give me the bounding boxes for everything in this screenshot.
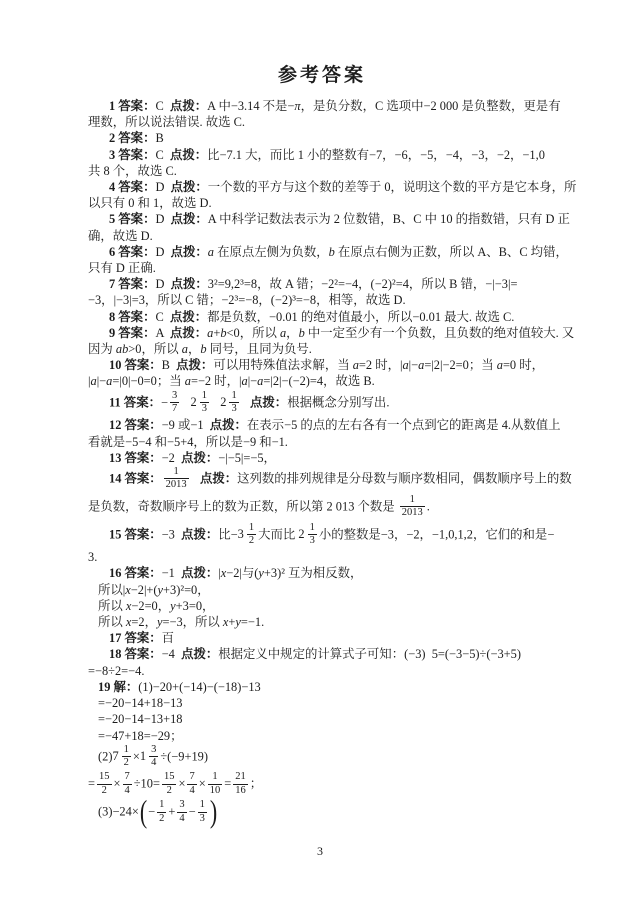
answer-line: 理数，所以说法错误. 故选 C. bbox=[88, 114, 556, 130]
label-bold: 点拨： bbox=[170, 99, 207, 113]
answer-line: 13 答案：−2 点拨：−|−5|=−5， bbox=[88, 450, 556, 466]
text-run: =−8÷2=−4. bbox=[88, 664, 144, 678]
text-run: −2|与( bbox=[226, 566, 258, 580]
fraction: 74 bbox=[187, 771, 196, 797]
fraction: 13 bbox=[198, 799, 207, 825]
text-run: 比− bbox=[218, 527, 237, 541]
label-bold: 12 答案： bbox=[109, 418, 162, 432]
answer-line: 共 8 个，故选 C. bbox=[88, 163, 556, 179]
text-run: −2 bbox=[162, 451, 181, 465]
text-run: =|2|−(−2)=4，故选 B. bbox=[263, 374, 374, 388]
text-run: (2) bbox=[98, 749, 112, 763]
text-run: × bbox=[114, 777, 121, 791]
label-bold: 3 答案： bbox=[109, 148, 155, 162]
answer-line: 以只有 0 和 1，故选 D. bbox=[88, 195, 556, 211]
answer-line: =−20−14+18−13 bbox=[88, 695, 556, 711]
document-page: 参考答案 1 答案：C 点拨：A 中−3.14 不是−π，是负分数，C 选项中−… bbox=[0, 0, 640, 905]
text-run: 在原点右侧为正数，所以 A、B、C 均错， bbox=[335, 245, 568, 259]
answer-line: 2 答案：B bbox=[88, 130, 556, 146]
answer-line: 是负数，奇数顺序号上的数为正数，所以第 2 013 个数是 12013. bbox=[88, 494, 556, 522]
answer-line: =−20−14−13+18 bbox=[88, 711, 556, 727]
answer-line: 7 答案：D 点拨：3²=9,2³=8，故 A 错；−2²=−4，(−2)²=4… bbox=[88, 276, 556, 292]
text-run: >0，所以 bbox=[128, 342, 181, 356]
label-bold: 11 答案： bbox=[109, 395, 161, 409]
answer-line: 9 答案：A 点拨：a+b<0，所以 a，b 中一定至少有一个负数，且负数的绝对… bbox=[88, 325, 556, 341]
text-run: . bbox=[427, 499, 430, 513]
text-run: + bbox=[168, 805, 175, 819]
mixed-number-whole: 1 bbox=[140, 749, 146, 763]
text-run bbox=[241, 395, 250, 409]
answer-line: 3 答案：C 点拨：比−7.1 大，而比 1 小的整数有−7，−6，−5，−4，… bbox=[88, 147, 556, 163]
text-run: D bbox=[155, 277, 170, 291]
text-run: =|0|−0=0；当 bbox=[112, 374, 184, 388]
answer-line: 10 答案：B 点拨：可以用特殊值法求解，当 a=2 时，|a|−a=|2|−2… bbox=[88, 357, 556, 373]
text-run: B bbox=[162, 358, 176, 372]
text-run: 可以用特殊值法求解，当 bbox=[213, 358, 352, 372]
text-run: = bbox=[224, 777, 231, 791]
label-bold: 15 答案： bbox=[109, 527, 162, 541]
big-paren: ( bbox=[140, 798, 147, 827]
fraction: 2116 bbox=[233, 771, 248, 797]
label-bold: 8 答案： bbox=[109, 310, 155, 324]
text-run: =−2 时，| bbox=[191, 374, 242, 388]
page-title: 参考答案 bbox=[88, 60, 556, 87]
label-bold: 7 答案： bbox=[109, 277, 155, 291]
answer-line: −3，|−3|=3，所以 C 错；−2³=−8，(−2)³=−8，相等，故选 D… bbox=[88, 292, 556, 308]
answer-line: 4 答案：D 点拨：一个数的平方与这个数的差等于 0，说明这个数的平方是它本身，… bbox=[88, 179, 556, 195]
text-run: ÷(−9+19) bbox=[160, 749, 208, 763]
label-bold: 点拨： bbox=[181, 451, 218, 465]
mixed-number-whole: 7 bbox=[112, 749, 118, 763]
text-run: ab bbox=[116, 342, 128, 356]
text-run: × bbox=[133, 749, 140, 763]
fraction: 12013 bbox=[400, 494, 425, 520]
text-run: |− bbox=[409, 358, 418, 372]
answer-line: 19 解：(1)−20+(−14)−(−18)−13 bbox=[88, 679, 556, 695]
text-run: 所以 bbox=[98, 599, 126, 613]
text-run: 所以 bbox=[98, 615, 126, 629]
text-run: =−1. bbox=[241, 615, 264, 629]
answer-line: 所以 x=2，y=−3，所以 x+y=−1. bbox=[88, 614, 556, 630]
text-run: −2|+( bbox=[131, 583, 158, 597]
fraction: 152 bbox=[162, 771, 177, 797]
text-run: C bbox=[155, 99, 169, 113]
text-run: |− bbox=[97, 374, 106, 388]
text-run: 这列数的排列规律是分母数与顺序数相同，偶数顺序号上的数 bbox=[237, 472, 572, 486]
text-run: 理数，所以说法错误. 故选 C. bbox=[88, 115, 245, 129]
text-run: B bbox=[155, 131, 163, 145]
text-run: D bbox=[155, 180, 170, 194]
answer-line: 所以|x−2|+(y+3)²=0， bbox=[88, 582, 556, 598]
answer-line: 18 答案：−4 点拨：根据定义中规定的计算式子可知：(−3) 5=(−3−5)… bbox=[88, 646, 556, 662]
label-bold: 点拨： bbox=[176, 358, 213, 372]
text-run: <0，所以 bbox=[227, 326, 280, 340]
label-bold: 点拨： bbox=[170, 148, 207, 162]
answer-line: =−8÷2=−4. bbox=[88, 663, 556, 679]
text-run: |− bbox=[248, 374, 257, 388]
answer-line: 看就是−5−4 和−5+4，所以是−9 和−1. bbox=[88, 434, 556, 450]
label-bold: 4 答案： bbox=[109, 180, 155, 194]
label-bold: 17 答案： bbox=[109, 631, 162, 645]
text-run bbox=[211, 395, 220, 409]
text-run: D bbox=[155, 245, 170, 259]
fraction: 13 bbox=[229, 390, 238, 416]
text-run: +3)² 互为相反数， bbox=[264, 566, 362, 580]
label-bold: 点拨： bbox=[171, 212, 208, 226]
answer-line: 14 答案：12013 点拨：这列数的排列规律是分母数与顺序数相同，偶数顺序号上… bbox=[88, 466, 556, 494]
text-run: (3)−24× bbox=[98, 805, 139, 819]
text-run: 百 bbox=[162, 631, 174, 645]
text-run: 是负数，奇数顺序号上的数为正数，所以第 2 013 个数是 bbox=[88, 499, 398, 513]
answer-line: |a|−a=|0|−0=0；当 a=−2 时，|a|−a=|2|−(−2)=4，… bbox=[88, 373, 556, 389]
answer-line: =152×74÷10=152×74×110=2116； bbox=[88, 771, 556, 799]
text-run: ÷10= bbox=[134, 777, 160, 791]
answer-line: 17 答案：百 bbox=[88, 630, 556, 646]
fraction: 12 bbox=[122, 744, 131, 770]
fraction: 13 bbox=[308, 522, 317, 548]
answer-line: =−47+18=−29； bbox=[88, 728, 556, 744]
label-bold: 13 答案： bbox=[109, 451, 162, 465]
answer-line: 所以 x−2=0，y+3=0， bbox=[88, 598, 556, 614]
text-run: 3. bbox=[88, 550, 97, 564]
label-bold: 点拨： bbox=[171, 180, 208, 194]
answer-line: (3)−24×(−12+34−13) bbox=[88, 799, 556, 827]
text-run bbox=[191, 472, 200, 486]
text-run: A bbox=[155, 326, 169, 340]
fraction: 12013 bbox=[164, 466, 189, 492]
text-run: −2=0， bbox=[131, 599, 170, 613]
text-run: 所以| bbox=[98, 583, 125, 597]
text-run: − bbox=[161, 395, 168, 409]
text-run: − bbox=[148, 805, 155, 819]
label-bold: 点拨： bbox=[171, 277, 208, 291]
text-run: = bbox=[88, 777, 95, 791]
answer-line: 3. bbox=[88, 549, 556, 565]
text-run: A 中−3.14 不是− bbox=[207, 99, 294, 113]
answer-line: 5 答案：D 点拨：A 中科学记数法表示为 2 位数错，B、C 中 10 的指数… bbox=[88, 211, 556, 227]
text-run: =−47+18=−29； bbox=[98, 729, 183, 743]
answer-line: 8 答案：C 点拨：都是负数，−0.01 的绝对值最小，所以−0.01 最大. … bbox=[88, 309, 556, 325]
label-bold: 14 答案： bbox=[109, 472, 162, 486]
text-run: =−20−14−13+18 bbox=[98, 712, 183, 726]
label-bold: 点拨： bbox=[210, 418, 247, 432]
label-bold: 1 答案： bbox=[109, 99, 155, 113]
text-run: 因为 bbox=[88, 342, 116, 356]
text-run: =|2|−2=0；当 bbox=[424, 358, 496, 372]
label-bold: 点拨： bbox=[170, 326, 207, 340]
fraction: 37 bbox=[170, 390, 179, 416]
text-run: =2 时，| bbox=[359, 358, 403, 372]
text-run: =−3，所以 bbox=[162, 615, 222, 629]
text-run: =0 时， bbox=[503, 358, 544, 372]
text-run: (1)−20+(−14)−(−18)−13 bbox=[138, 680, 260, 694]
text-run: 看就是−5−4 和−5+4，所以是−9 和−1. bbox=[88, 435, 288, 449]
answer-line: 6 答案：D 点拨：a 在原点左侧为负数，b 在原点右侧为正数，所以 A、B、C… bbox=[88, 244, 556, 260]
text-run: ，是负分数，C 选项中−2 000 是负整数，更是有 bbox=[301, 99, 561, 113]
text-run: −9 或−1 bbox=[162, 418, 210, 432]
label-bold: 16 答案： bbox=[109, 566, 162, 580]
text-run: 在表示−5 的点的左右各有一个点到它的距离是 4.从数值上 bbox=[247, 418, 561, 432]
answer-line: 11 答案：−37 213 213 点拨：根据概念分别写出. bbox=[88, 390, 556, 418]
text-run: 共 8 个，故选 C. bbox=[88, 164, 177, 178]
text-run: D bbox=[155, 212, 170, 226]
answer-line: 1 答案：C 点拨：A 中−3.14 不是−π，是负分数，C 选项中−2 000… bbox=[88, 98, 556, 114]
text-run: −3 bbox=[162, 527, 181, 541]
label-bold: 9 答案： bbox=[109, 326, 155, 340]
text-run: 3²=9,2³=8，故 A 错；−2²=−4，(−2)²=4，所以 B 错，−|… bbox=[208, 277, 518, 291]
text-run: 都是负数，−0.01 的绝对值最小，所以−0.01 最大. 故选 C. bbox=[207, 310, 514, 324]
mixed-number-whole: 2 bbox=[220, 395, 226, 409]
mixed-number-whole: 3 bbox=[238, 527, 244, 541]
fraction: 12 bbox=[247, 522, 256, 548]
text-run: × bbox=[199, 777, 206, 791]
answer-line: (2)712×134÷(−9+19) bbox=[88, 744, 556, 772]
label-bold: 点拨： bbox=[250, 395, 287, 409]
text-run: − bbox=[189, 805, 196, 819]
text-run: 中一定至少有一个负数，且负数的绝对值较大. 又 bbox=[305, 326, 575, 340]
answers: 1 答案：C 点拨：A 中−3.14 不是−π，是负分数，C 选项中−2 000… bbox=[88, 98, 556, 827]
label-bold: 6 答案： bbox=[109, 245, 155, 259]
text-run: 一个数的平方与这个数的差等于 0，说明这个数的平方是它本身，所 bbox=[208, 180, 577, 194]
fraction: 13 bbox=[200, 390, 209, 416]
text-run: −|−5|=−5， bbox=[218, 451, 276, 465]
label-bold: 点拨： bbox=[181, 566, 218, 580]
answer-line: 15 答案：−3 点拨：比−312大而比 213小的整数是−3，−2，−1,0,… bbox=[88, 522, 556, 550]
text-run: 只有 D 正确. bbox=[88, 261, 156, 275]
fraction: 12 bbox=[157, 799, 166, 825]
answer-line: 12 答案：−9 或−1 点拨：在表示−5 的点的左右各有一个点到它的距离是 4… bbox=[88, 417, 556, 433]
fraction: 34 bbox=[149, 744, 158, 770]
text-run: 小的整数是−3，−2，−1,0,1,2，它们的和是− bbox=[319, 527, 555, 541]
mixed-number-whole: 2 bbox=[298, 527, 304, 541]
text-run: 根据概念分别写出. bbox=[287, 395, 389, 409]
text-run bbox=[181, 395, 190, 409]
answer-line: 因为 ab>0，所以 a，b 同号，且同为负号. bbox=[88, 341, 556, 357]
text-run: 确，故选 D. bbox=[88, 229, 153, 243]
label-bold: 点拨： bbox=[181, 527, 218, 541]
text-run: ， bbox=[188, 342, 200, 356]
text-run: =−20−14+18−13 bbox=[98, 696, 183, 710]
text-run: ， bbox=[286, 326, 298, 340]
answer-line: 16 答案：−1 点拨：|x−2|与(y+3)² 互为相反数， bbox=[88, 565, 556, 581]
mixed-number-whole: 2 bbox=[191, 395, 197, 409]
big-paren: ) bbox=[210, 798, 217, 827]
text-run: C bbox=[155, 310, 169, 324]
answer-line: 只有 D 正确. bbox=[88, 260, 556, 276]
text-run: A 中科学记数法表示为 2 位数错，B、C 中 10 的指数错，只有 D 正 bbox=[208, 212, 570, 226]
text-run: +3=0， bbox=[176, 599, 215, 613]
text-run: 根据定义中规定的计算式子可知：(−3) 5=(−3−5)÷(−3+5) bbox=[218, 647, 521, 661]
text-run: −4 bbox=[162, 647, 181, 661]
label-bold: 10 答案： bbox=[109, 358, 162, 372]
label-bold: 点拨： bbox=[170, 310, 207, 324]
answer-content: 参考答案 1 答案：C 点拨：A 中−3.14 不是−π，是负分数，C 选项中−… bbox=[0, 0, 640, 827]
answer-line: 确，故选 D. bbox=[88, 228, 556, 244]
text-run: C bbox=[155, 148, 169, 162]
text-run: × bbox=[178, 777, 185, 791]
text-run: ； bbox=[250, 777, 262, 791]
text-run: 大而比 bbox=[258, 527, 298, 541]
label-bold: 点拨： bbox=[181, 647, 218, 661]
label-bold: 2 答案： bbox=[109, 131, 155, 145]
fraction: 152 bbox=[97, 771, 112, 797]
text-run: 比−7.1 大，而比 1 小的整数有−7，−6，−5，−4，−3，−2，−1,0 bbox=[207, 148, 545, 162]
text-run: +3)²=0， bbox=[163, 583, 210, 597]
page-number: 3 bbox=[0, 844, 640, 859]
text-run: −3，|−3|=3，所以 C 错；−2³=−8，(−2)³=−8，相等，故选 D… bbox=[88, 293, 406, 307]
text-run: 以只有 0 和 1，故选 D. bbox=[88, 196, 212, 210]
label-bold: 点拨： bbox=[200, 472, 237, 486]
text-run: 同号，且同为负号. bbox=[207, 342, 312, 356]
fraction: 74 bbox=[123, 771, 132, 797]
text-run: −1 bbox=[162, 566, 181, 580]
label-bold: 5 答案： bbox=[109, 212, 155, 226]
label-bold: 18 答案： bbox=[109, 647, 162, 661]
text-run: =2， bbox=[131, 615, 157, 629]
label-bold: 点拨： bbox=[171, 245, 208, 259]
text-run: 在原点左侧为负数， bbox=[214, 245, 329, 259]
fraction: 34 bbox=[177, 799, 186, 825]
label-bold: 19 解： bbox=[98, 680, 138, 694]
